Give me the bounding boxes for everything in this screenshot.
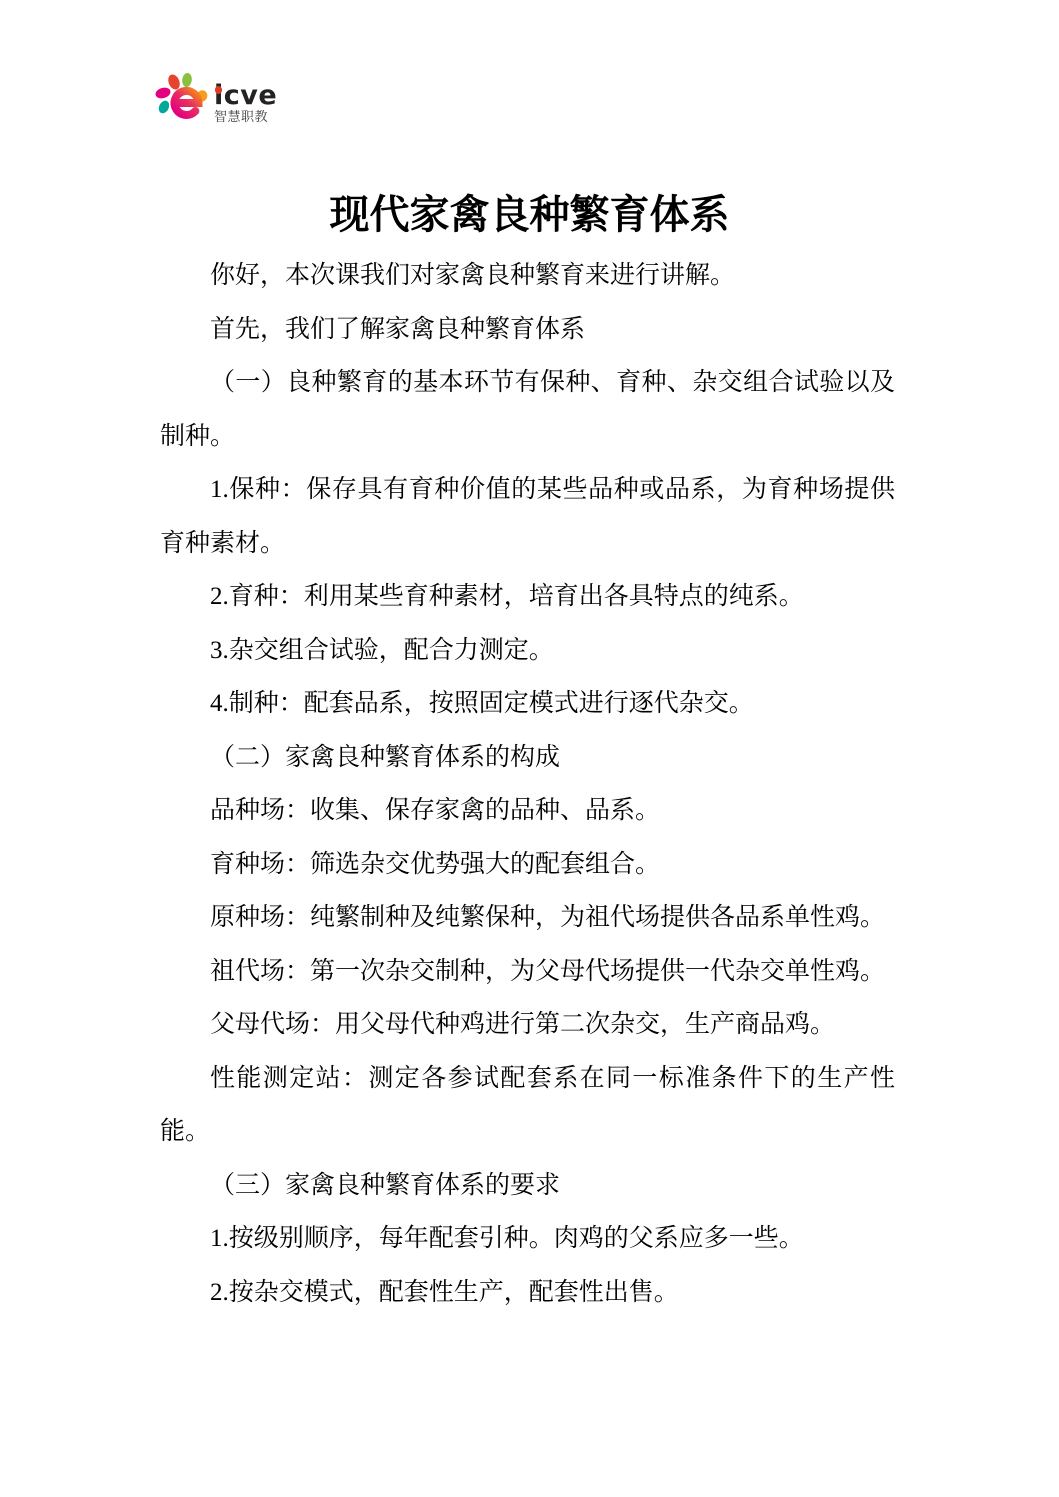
paragraph: （二）家禽良种繁育体系的构成: [160, 731, 895, 785]
paragraph: 2.育种：利用某些育种素材，培育出各具特点的纯系。: [160, 570, 895, 624]
paragraph: 原种场：纯繁制种及纯繁保种，为祖代场提供各品系单性鸡。: [160, 891, 895, 945]
paragraph: 1.按级别顺序，每年配套引种。肉鸡的父系应多一些。: [160, 1212, 895, 1266]
paragraph: 你好，本次课我们对家禽良种繁育来进行讲解。: [160, 249, 895, 303]
icve-brand-text: icve: [214, 80, 277, 111]
paragraph: 祖代场：第一次杂交制种，为父母代场提供一代杂交单性鸡。: [160, 945, 895, 999]
paragraph: 1.保种：保存具有育种价值的某些品种或品系，为育种场提供育种素材。: [160, 463, 895, 570]
paragraph: 父母代场：用父母代种鸡进行第二次杂交，生产商品鸡。: [160, 998, 895, 1052]
icve-logo: icve 智慧职教: [148, 60, 328, 126]
paragraph: 3.杂交组合试验，配合力测定。: [160, 624, 895, 678]
i-dot-icon: [215, 86, 223, 94]
paragraph: 品种场：收集、保存家禽的品种、品系。: [160, 784, 895, 838]
paragraph: 育种场：筛选杂交优势强大的配套组合。: [160, 838, 895, 892]
paragraph: （一）良种繁育的基本环节有保种、育种、杂交组合试验以及制种。: [160, 356, 895, 463]
document-title: 现代家禽良种繁育体系: [0, 191, 1059, 239]
icve-flower-icon: [148, 60, 210, 122]
paragraph: 首先，我们了解家禽良种繁育体系: [160, 303, 895, 357]
paragraph: 2.按杂交模式，配套性生产，配套性出售。: [160, 1266, 895, 1320]
paragraph: 性能测定站：测定各参试配套系在同一标准条件下的生产性能。: [160, 1052, 895, 1159]
document-body: 你好，本次课我们对家禽良种繁育来进行讲解。 首先，我们了解家禽良种繁育体系（一）…: [160, 249, 895, 1319]
icve-wordmark: icve: [214, 82, 277, 109]
document-page: { "logo": { "brand": "icve", "subtitle":…: [0, 0, 1059, 1497]
icve-wordmark-subtitle: 智慧职教: [214, 111, 277, 124]
paragraph: （三）家禽良种繁育体系的要求: [160, 1159, 895, 1213]
paragraph: 4.制种：配套品系，按照固定模式进行逐代杂交。: [160, 677, 895, 731]
